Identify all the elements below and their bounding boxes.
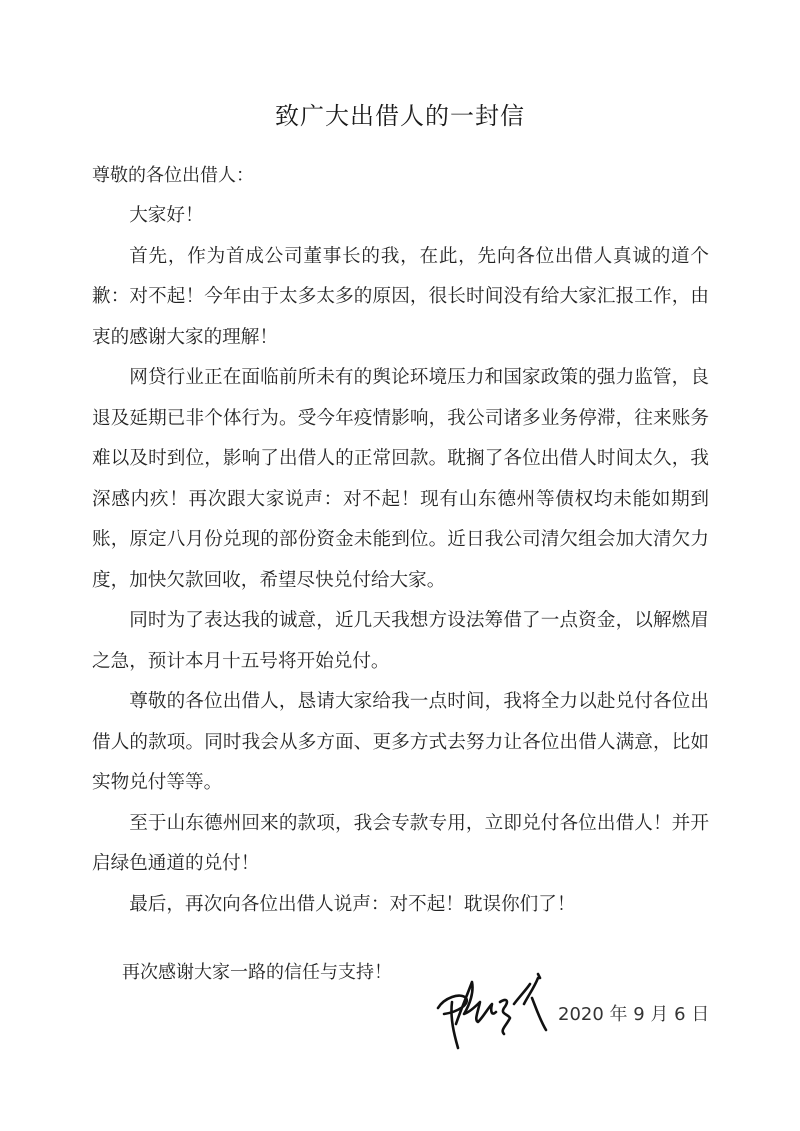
paragraph-funding: 同时为了表达我的诚意，近几天我想方设法筹借了一点资金，以解燃眉之急，预计本月十五… (92, 601, 709, 682)
closing-line: 再次感谢大家一路的信任与支持！ (122, 958, 392, 984)
letter-body: 大家好！ 首先，作为首成公司董事长的我，在此，先向各位出借人真诚的道个歉：对不起… (92, 196, 709, 925)
paragraph-greeting: 大家好！ (92, 196, 709, 237)
salutation: 尊敬的各位出借人： (92, 161, 254, 187)
signature-icon (430, 968, 560, 1053)
paragraph-request: 尊敬的各位出借人，恳请大家给我一点时间，我将全力以赴兑付各位出借人的款项。同时我… (92, 682, 709, 804)
paragraph-apology: 首先，作为首成公司董事长的我，在此，先向各位出借人真诚的道个歉：对不起！今年由于… (92, 237, 709, 359)
letter-title: 致广大出借人的一封信 (0, 96, 800, 131)
paragraph-dezhou: 至于山东德州回来的款项，我会专款专用，立即兑付各位出借人！并开启绿色通道的兑付！ (92, 804, 709, 885)
paragraph-final-apology: 最后，再次向各位出借人说声：对不起！耽误你们了！ (92, 885, 709, 926)
paragraph-situation: 网贷行业正在面临前所未有的舆论环境压力和国家政策的强力监管，良退及延期已非个体行… (92, 358, 709, 601)
letter-date: 2020 年 9 月 6 日 (558, 1000, 709, 1026)
